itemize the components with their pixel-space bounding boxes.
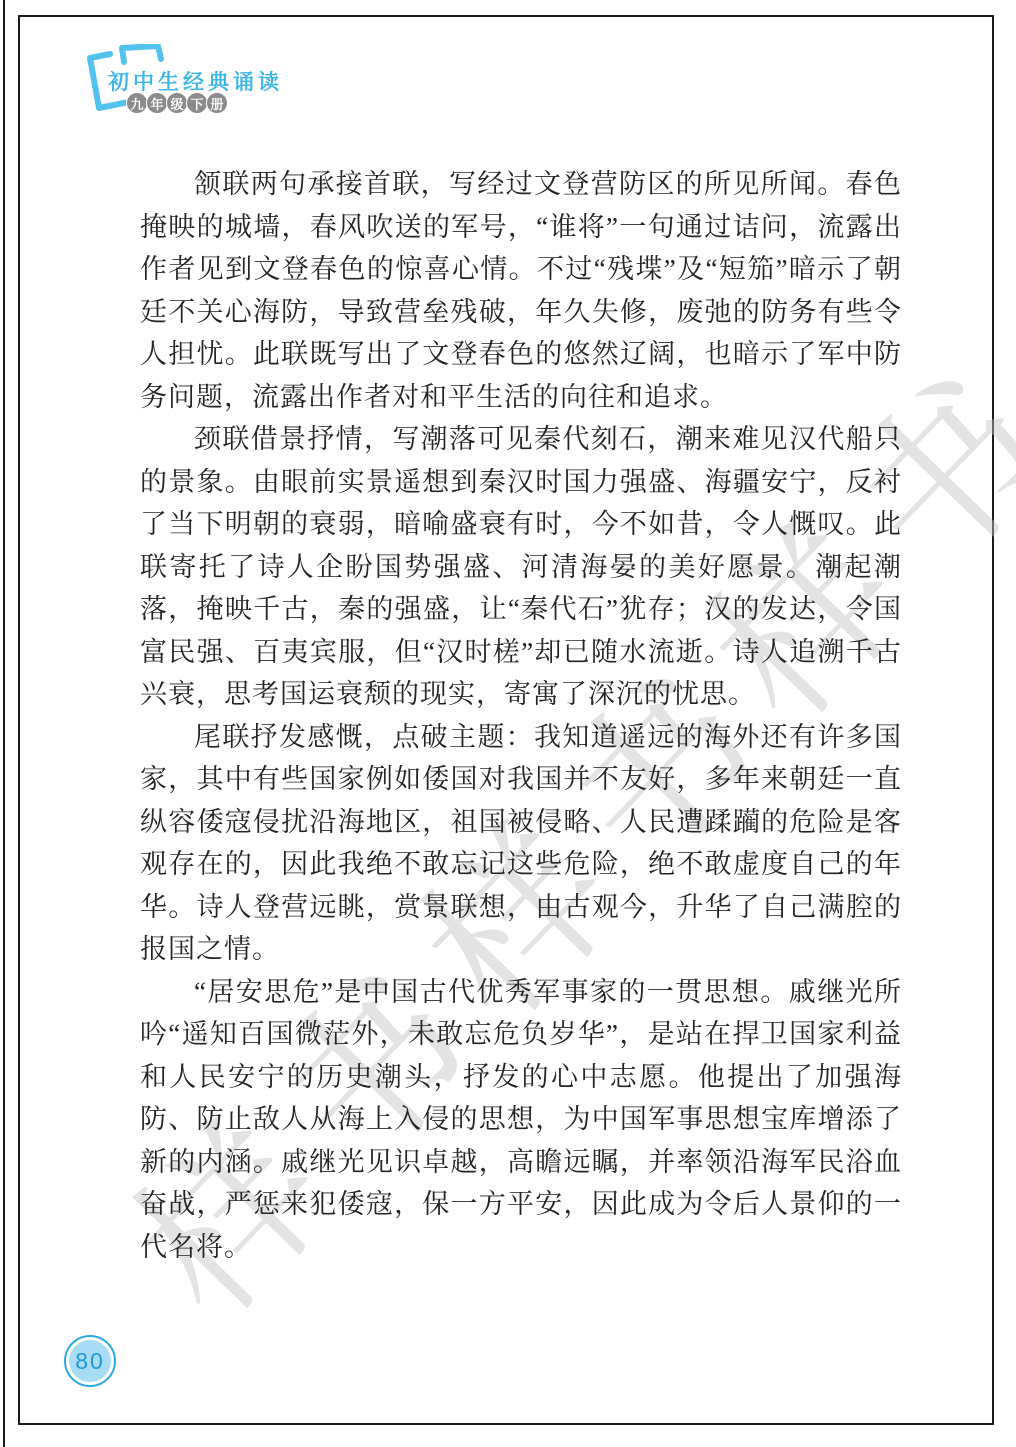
analysis-paragraph: “居安思危”是中国古代优秀军事家的一贯思想。戚继光所吟“遥知百国微茫外，未敢忘危… xyxy=(140,971,902,1269)
volume-char-badge: 年 xyxy=(146,92,168,114)
analysis-paragraph: 颈联借景抒情，写潮落可见秦代刻石，潮来难见汉代船只的景象。由眼前实景遥想到秦汉时… xyxy=(140,418,902,716)
textbook-page: { "header": { "series_title": "初中生经典诵读",… xyxy=(0,0,1016,1447)
volume-char-badge: 册 xyxy=(206,92,228,114)
page-number: 80 xyxy=(69,1340,111,1382)
analysis-paragraph: 颔联两句承接首联，写经过文登营防区的所见所闻。春色掩映的城墙，春风吹送的军号，“… xyxy=(140,163,902,418)
volume-char-badge: 下 xyxy=(186,92,208,114)
page-left-edge-line xyxy=(3,0,5,1447)
header-logo: 初中生经典诵读 九 年 级 下 册 xyxy=(84,44,344,124)
analysis-paragraph: 尾联抒发感慨，点破主题：我知道遥远的海外还有许多国家，其中有些国家例如倭国对我国… xyxy=(140,716,902,971)
volume-char-badge: 九 xyxy=(126,92,148,114)
page-number-badge: 80 xyxy=(64,1335,116,1387)
volume-char-badge: 级 xyxy=(166,92,188,114)
page-body-text: 颔联两句承接首联，写经过文登营防区的所见所闻。春色掩映的城墙，春风吹送的军号，“… xyxy=(140,163,902,1268)
volume-label: 九 年 级 下 册 xyxy=(126,92,226,114)
